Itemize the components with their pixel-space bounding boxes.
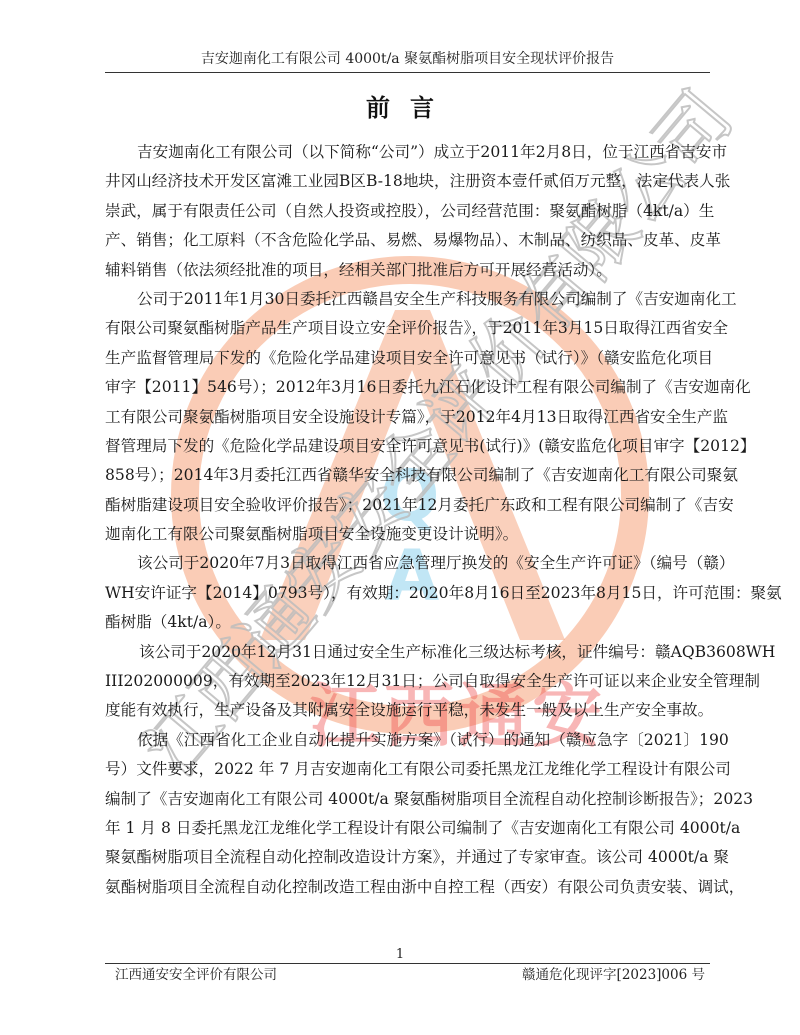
paragraph-safety-license: 该公司于2020年7月3日取得江西省应急管理厅换发的《安全生产许可证》（编号（赣… (105, 549, 705, 637)
text-line: 吉安迦南化工有限公司（以下简称“公司”）成立于2011年2月8日，位于江西省吉安… (105, 138, 705, 167)
footer-company: 江西通安安全评价有限公司 (115, 966, 277, 984)
text-line: 号）文件要求，2022 年 7 月吉安迦南化工有限公司委托黑龙江龙维化学工程设计… (105, 755, 705, 784)
footer-divider (105, 963, 710, 964)
text-line: III202000009，有效期至2023年12月31日；公司自取得安全生产许可… (105, 667, 705, 696)
text-line: 酯树脂建设项目安全验收评价报告》；2021年12月委托广东政和工程有限公司编制了… (105, 491, 705, 520)
text-line: 公司于2011年1月30日委托江西赣昌安全生产科技服务有限公司编制了《吉安迦南化… (105, 285, 705, 314)
text-line: 该公司于2020年12月31日通过安全生产标准化三级达标考核，证件编号：赣AQB… (105, 638, 705, 667)
text-line: 崇武，属于有限责任公司（自然人投资或控股），公司经营范围：聚氨酯树脂（4kt/a… (105, 197, 705, 226)
text-line: 辅料销售（依法须经批准的项目，经相关部门批准后方可开展经营活动）。 (105, 256, 705, 285)
body-text: 吉安迦南化工有限公司（以下简称“公司”）成立于2011年2月8日，位于江西省吉安… (105, 138, 705, 902)
text-line: 迦南化工有限公司聚氨酯树脂项目安全设施变更设计说明》。 (105, 520, 705, 549)
text-line: 858号）；2014年3月委托江西省赣华安全科技有限公司编制了《吉安迦南化工有限… (105, 461, 705, 490)
running-header: 吉安迦南化工有限公司 4000t/a 聚氨酯树脂项目安全现状评价报告 (105, 50, 710, 68)
text-line: WH安许证字【2014】0793号），有效期：2020年8月16日至2023年8… (105, 579, 705, 608)
text-line: 酯树脂（4kt/a）。 (105, 608, 705, 637)
page-number: 1 (0, 947, 800, 963)
footer-report-number: 赣通危化现评字[2023]006 号 (522, 966, 705, 984)
text-line: 编制了《吉安迦南化工有限公司 4000t/a 聚氨酯树脂项目全流程自动化控制诊断… (105, 785, 705, 814)
text-line: 氨酯树脂项目全流程自动化控制改造工程由浙中自控工程（西安）有限公司负责安装、调试… (105, 873, 705, 902)
text-line: 工有限公司聚氨酯树脂项目安全设施设计专篇》，于2012年4月13日取得江西省安全… (105, 403, 705, 432)
header-divider (105, 72, 710, 73)
document-page: Q A 江西通安安全评价有限公司 江西通安 吉安迦南化工有限公司 4000t/a… (0, 0, 800, 1035)
text-line: 生产监督管理局下发的《危险化学品建设项目安全许可意见书（试行）》（赣安监危化项目 (105, 344, 705, 373)
text-line: 有限公司聚氨酯树脂产品生产项目设立安全评价报告》，于2011年3月15日取得江西… (105, 314, 705, 343)
paragraph-project-history: 公司于2011年1月30日委托江西赣昌安全生产科技服务有限公司编制了《吉安迦南化… (105, 285, 705, 550)
text-line: 度能有效执行，生产设备及其附属安全设施运行平稳，未发生一般及以上生产安全事故。 (105, 696, 705, 725)
text-line: 聚氨酯树脂项目全流程自动化控制改造设计方案》，并通过了专家审查。该公司 4000… (105, 843, 705, 872)
paragraph-company-overview: 吉安迦南化工有限公司（以下简称“公司”）成立于2011年2月8日，位于江西省吉安… (105, 138, 705, 285)
text-line: 该公司于2020年7月3日取得江西省应急管理厅换发的《安全生产许可证》（编号（赣… (105, 549, 705, 578)
text-line: 依据《江西省化工企业自动化提升实施方案》（试行）的通知（赣应急字〔2021〕19… (105, 726, 705, 755)
text-line: 督管理局下发的《危险化学品建设项目安全许可意见书(试行)》(赣安监危化项目审字【… (105, 432, 705, 461)
paragraph-standardization: 该公司于2020年12月31日通过安全生产标准化三级达标考核，证件编号：赣AQB… (105, 638, 705, 726)
paragraph-automation: 依据《江西省化工企业自动化提升实施方案》（试行）的通知（赣应急字〔2021〕19… (105, 726, 705, 902)
text-line: 产、销售；化工原料（不含危险化学品、易燃、易爆物品）、木制品、纺织品、皮革、皮革 (105, 226, 705, 255)
page-title: 前言 (0, 93, 800, 123)
text-line: 审字【2011】546号）；2012年3月16日委托九江石化设计工程有限公司编制… (105, 373, 705, 402)
text-line: 年 1 月 8 日委托黑龙江龙维化学工程设计有限公司编制了《吉安迦南化工有限公司… (105, 814, 705, 843)
text-line: 井冈山经济技术开发区富滩工业园B区B-18地块，注册资本壹仟贰佰万元整，法定代表… (105, 167, 705, 196)
